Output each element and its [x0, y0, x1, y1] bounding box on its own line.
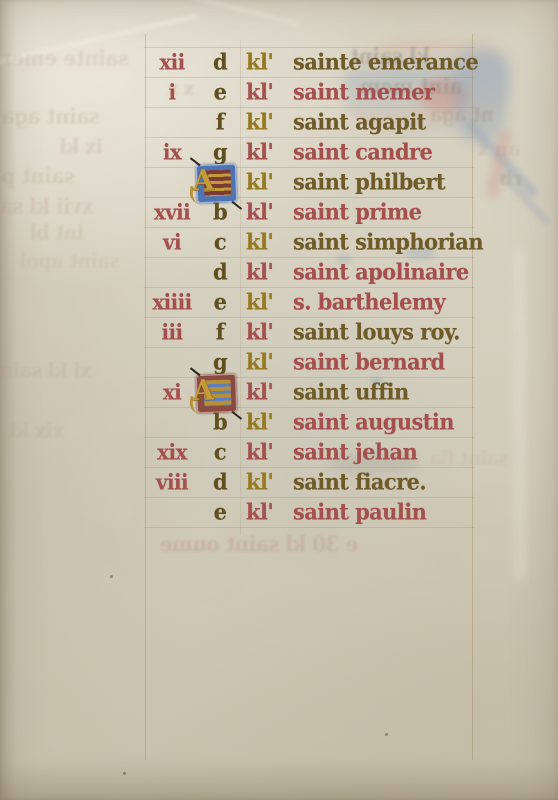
- kalends-abbreviation: kl': [246, 288, 292, 316]
- saint-name: saint augustin: [293, 408, 533, 436]
- calendar-row: xiiiiekl's. barthelemy: [0, 288, 558, 318]
- saint-name: saint fiacre.: [293, 468, 533, 496]
- golden-number: iii: [141, 318, 203, 346]
- calendar-row: xviibkl'saint prime: [0, 198, 558, 228]
- saint-name: saint louys roy.: [293, 318, 533, 346]
- dominical-letter: f: [204, 318, 236, 346]
- dominical-letter: e: [204, 498, 236, 526]
- golden-number: viii: [141, 468, 203, 496]
- calendar-row: vickl'saint simphorian: [0, 228, 558, 258]
- saint-name: saint bernard: [293, 348, 533, 376]
- kalends-abbreviation: kl': [246, 408, 292, 436]
- dominical-letter: c: [204, 228, 236, 256]
- crease-line: [132, 0, 297, 25]
- dominical-letter: d: [204, 48, 236, 76]
- calendar-row: xiidkl'sainte emerance: [0, 48, 558, 78]
- kalends-abbreviation: kl': [246, 198, 292, 226]
- golden-number: i: [141, 78, 203, 106]
- kalends-abbreviation: kl': [246, 78, 292, 106]
- dominical-letter: e: [204, 288, 236, 316]
- saint-name: saint prime: [293, 198, 533, 226]
- calendar-row: iiifkl'saint louys roy.: [0, 318, 558, 348]
- kalends-abbreviation: kl': [246, 438, 292, 466]
- saint-name: s. barthelemy: [293, 288, 533, 316]
- dominical-letter: e: [204, 78, 236, 106]
- ink-speck: [385, 733, 388, 736]
- ink-speck: [123, 772, 126, 775]
- ink-speck: [110, 575, 113, 578]
- calendar-row: xixckl'saint jehan: [0, 438, 558, 468]
- kalends-abbreviation: kl': [246, 498, 292, 526]
- dominical-letter: g: [204, 138, 236, 166]
- kalends-abbreviation: kl': [246, 348, 292, 376]
- saint-name: saint apolinaire: [293, 258, 533, 286]
- dominical-letter: c: [204, 438, 236, 466]
- kalends-abbreviation: kl': [246, 318, 292, 346]
- calendar-row: Akl'saint philbert: [0, 168, 558, 198]
- manuscript-calendar-page: sainte emerx xsaint agaix klan xsaint pr…: [0, 0, 558, 800]
- dominical-letter: b: [204, 408, 236, 436]
- showthrough-text: e 30 kl saint oume: [160, 531, 358, 556]
- calendar-row: fkl'saint agapit: [0, 108, 558, 138]
- saint-name: saint agapit: [293, 108, 533, 136]
- saint-name: saint paulin: [293, 498, 533, 526]
- kalends-abbreviation: kl': [246, 108, 292, 136]
- saint-name: sainte emerance: [293, 48, 533, 76]
- saint-name: saint jehan: [293, 438, 533, 466]
- golden-number: vi: [141, 228, 203, 256]
- calendar-row: viiidkl'saint fiacre.: [0, 468, 558, 498]
- saint-name: saint candre: [293, 138, 533, 166]
- kalends-abbreviation: kl': [246, 48, 292, 76]
- golden-number: xix: [141, 438, 203, 466]
- calendar-row: bkl'saint augustin: [0, 408, 558, 438]
- saint-name: saint philbert: [293, 168, 533, 196]
- calendar-row: ixgkl'saint candre: [0, 138, 558, 168]
- dominical-letter: g: [204, 348, 236, 376]
- calendar-row: xiAkl'saint uffin: [0, 378, 558, 408]
- kalends-abbreviation: kl': [246, 228, 292, 256]
- kalends-abbreviation: kl': [246, 258, 292, 286]
- kalends-abbreviation: kl': [246, 468, 292, 496]
- page-edge-shadow-bottom: [0, 760, 558, 800]
- dominical-letter: d: [204, 468, 236, 496]
- golden-number: xii: [141, 48, 203, 76]
- dominical-letter: A: [192, 374, 214, 407]
- dominical-letter: f: [204, 108, 236, 136]
- kalends-abbreviation: kl': [246, 378, 292, 406]
- kalends-abbreviation: kl': [246, 138, 292, 166]
- dominical-letter: b: [204, 198, 236, 226]
- calendar-row: dkl'saint apolinaire: [0, 258, 558, 288]
- golden-number: xvii: [141, 198, 203, 226]
- dominical-letter: A: [192, 164, 214, 197]
- calendar-row: ekl'saint paulin: [0, 498, 558, 528]
- golden-number: xiiii: [141, 288, 203, 316]
- saint-name: saint memer: [293, 78, 533, 106]
- calendar-row: gkl'saint bernard: [0, 348, 558, 378]
- dominical-letter: d: [204, 258, 236, 286]
- kalends-abbreviation: kl': [246, 168, 292, 196]
- saint-name: saint uffin: [293, 378, 533, 406]
- calendar-row: iekl'saint memer: [0, 78, 558, 108]
- saint-name: saint simphorian: [293, 228, 533, 256]
